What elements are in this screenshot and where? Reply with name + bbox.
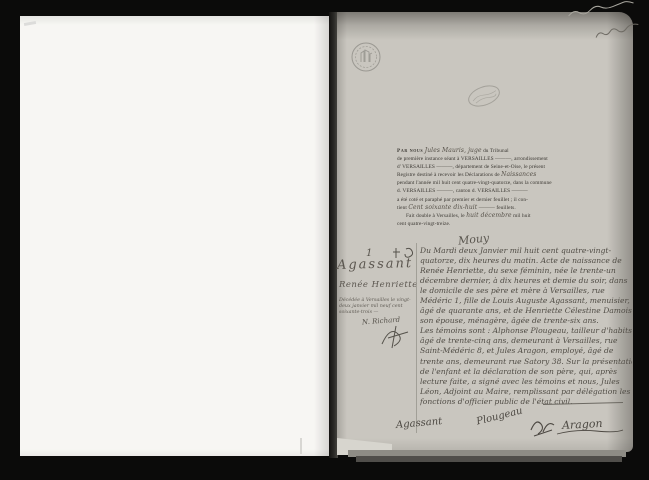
act-line: Du Mardi deux Janvier mil huit cent quat… [420, 246, 632, 256]
act-line: le domicile de ses père et mère à Versai… [420, 286, 632, 296]
act-line: Saint-Médéric 8, et Jules Aragon, employ… [420, 346, 632, 356]
act-line: Les témoins sont : Alphonse Plougeau, ta… [420, 326, 632, 336]
embossed-round-stamp-icon [351, 42, 381, 72]
act-line: quatorze, dix heures du matin. Acte de n… [420, 256, 632, 266]
page-stack-edge-dark [356, 456, 622, 462]
margin-note-line: soixante-trois — [339, 310, 417, 316]
act-line: de l'enfant et la déclaration de son pèr… [420, 367, 632, 377]
act-line: décembre dernier, à dix heures et demie … [420, 276, 632, 286]
certification-line: Fait double à Versailles, le huit décemb… [397, 212, 573, 220]
margin-given-names: Renée Henriette [339, 280, 418, 290]
birth-act-text: Du Mardi deux Janvier mil huit cent quat… [420, 246, 632, 407]
certification-line: pendant l'année mil huit cent quatre-vin… [397, 179, 573, 187]
act-line: trente ans, demeurant rue Satory 38. Sur… [420, 357, 632, 367]
page-edge-smudge [300, 438, 302, 454]
certification-formula: Par nous Jules Mauris, juge du Tribunal … [397, 147, 573, 228]
certification-line: Registre destiné à recevoir les Déclarat… [397, 171, 573, 179]
certification-line: de première instance séant à VERSAILLES … [397, 155, 573, 163]
act-line: Léon, Adjoint au Maire, remplissant par … [420, 387, 632, 397]
margin-rule-line [416, 243, 417, 433]
act-line: âgé de trente-cinq ans, demeurant à Vers… [420, 336, 632, 346]
certification-line: Par nous Jules Mauris, juge du Tribunal [397, 147, 573, 155]
act-line: Médéric 1, fille de Louis Auguste Agassa… [420, 296, 632, 306]
margin-death-note: Décédée à Versailles le vingt- deux janv… [339, 298, 417, 317]
signature-swash [556, 428, 624, 436]
act-line: Renée Henriette, du sexe féminin, née le… [420, 266, 632, 276]
left-blank-page [20, 16, 330, 456]
paraph-flourish-icon [528, 416, 558, 438]
certification-line: cent quatre-vingt-treize. [397, 220, 573, 228]
act-line: lecture faite, a signé avec les témoins … [420, 377, 632, 387]
register-book-scan: Par nous Jules Mauris, juge du Tribunal … [0, 0, 649, 480]
certification-line: d. VERSAILLES ———, canton d. VERSAILLES … [397, 187, 573, 195]
certification-line: a été coté et paraphé par premier et der… [397, 196, 573, 204]
certification-line: tient Cent soixante dix-huit ——— feuille… [397, 204, 573, 212]
act-line: son épouse, ménagère, âgée de trente-six… [420, 316, 632, 326]
act-line: âgé de quarante ans, et de Henriette Cél… [420, 306, 632, 316]
paraph-flourish-icon [378, 324, 412, 350]
certification-line: d' VERSAILLES ———, département de Seine-… [397, 163, 573, 171]
margin-surname: Agassant [337, 256, 414, 273]
